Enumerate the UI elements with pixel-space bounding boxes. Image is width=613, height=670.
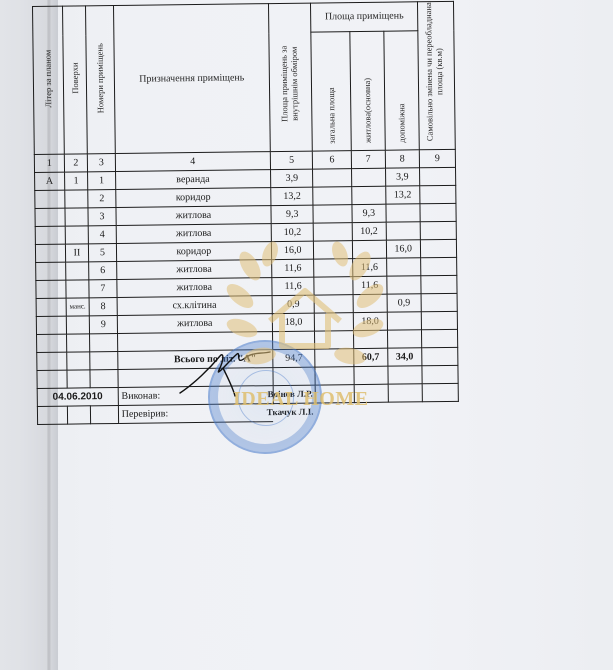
- cell-unauthorized: [420, 221, 456, 239]
- blank-cell: [315, 367, 353, 385]
- cell-unauthorized: [421, 293, 457, 311]
- column-number: 4: [115, 152, 270, 172]
- header-total-area-text: загальна площа: [327, 87, 336, 143]
- column-number: 9: [419, 149, 455, 167]
- cell-purpose: веранда: [115, 170, 270, 190]
- cell-room: 7: [89, 279, 117, 297]
- cell-floor: [65, 262, 89, 280]
- cell-purpose: сх.клітина: [117, 296, 272, 316]
- cell-purpose: житлова: [116, 206, 271, 226]
- cell-total: [313, 187, 351, 205]
- cell-area-internal: 11,6: [272, 277, 315, 296]
- cell-liter: [35, 226, 65, 244]
- header-unauthorized-text: Самовільно змінена чи переобладнана площ…: [423, 2, 449, 142]
- cell-unauthorized: [420, 203, 456, 221]
- cell-area-internal: 16,0: [271, 241, 314, 260]
- blank-cell: [388, 402, 422, 420]
- blank-cell: [316, 403, 354, 421]
- header-auxiliary-area: допоміжна: [384, 31, 419, 150]
- cell-area-internal: 3,9: [270, 169, 313, 188]
- cell-liter: [35, 190, 65, 208]
- blank-cell: [354, 366, 388, 384]
- cell-auxiliary: 3,9: [385, 168, 419, 186]
- cell-unauthorized: [421, 275, 457, 293]
- cell-room: 3: [88, 207, 116, 225]
- cell-area-internal: 18,0: [272, 313, 315, 332]
- cell-total: [315, 313, 353, 331]
- cell-room: 6: [89, 261, 117, 279]
- cell-unauthorized: [420, 239, 456, 257]
- header-room-number-text: Номери приміщень: [96, 43, 105, 113]
- cell-floor: [65, 190, 89, 208]
- cell-living: 18,0: [353, 312, 387, 330]
- blank-cell: [388, 366, 422, 384]
- cell-room: 5: [89, 243, 117, 261]
- header-purpose: Призначення приміщень: [113, 4, 270, 154]
- cell-auxiliary: [387, 276, 421, 294]
- column-number: 3: [87, 153, 115, 171]
- cell-living: 9,3: [352, 204, 386, 222]
- column-number: 8: [385, 150, 419, 168]
- blank-cell: [37, 352, 67, 370]
- cell-total: [313, 205, 351, 223]
- blank-cell: [90, 369, 118, 387]
- blank-cell: [66, 334, 90, 352]
- header-floor-text: Поверхи: [70, 63, 79, 94]
- cell-liter: [36, 280, 66, 298]
- column-number: 5: [270, 151, 313, 170]
- cell-living: [351, 186, 385, 204]
- blank-cell: [421, 329, 457, 347]
- cell-floor: II: [65, 244, 89, 262]
- header-total-area: загальна площа: [311, 32, 351, 151]
- cell-room: 2: [88, 189, 116, 207]
- blank-cell: [422, 347, 458, 365]
- room-rows: A11веранда3,93,92коридор13,213,23житлова…: [35, 167, 458, 334]
- cell-room: 1: [88, 171, 116, 189]
- cell-purpose: житлова: [117, 314, 272, 334]
- cell-living: 10,2: [352, 222, 386, 240]
- cell-liter: [36, 298, 66, 316]
- header-area-internal-text: Площа приміщень за внутрішнім обміром: [278, 24, 303, 144]
- cell-floor: [66, 316, 90, 334]
- blank-cell: [91, 405, 119, 423]
- cell-auxiliary: 16,0: [386, 240, 420, 258]
- header-liter-text: Літер за планом: [44, 50, 53, 108]
- cell-liter: [35, 244, 65, 262]
- column-number: 6: [313, 151, 351, 169]
- cell-living: 11,6: [352, 258, 386, 276]
- cell-total: [314, 277, 352, 295]
- blank-cell: [67, 370, 91, 388]
- cell-room: 8: [89, 297, 117, 315]
- header-floor: Поверхи: [62, 6, 87, 154]
- cell-room: 9: [89, 315, 117, 333]
- column-number: 7: [351, 150, 385, 168]
- total-living: 60,7: [353, 348, 387, 366]
- blank-cell: [354, 402, 388, 420]
- cell-total: [314, 223, 352, 241]
- blank-cell: [388, 384, 422, 402]
- cell-total: [314, 241, 352, 259]
- cell-purpose: житлова: [116, 260, 271, 280]
- blank-cell: [422, 401, 458, 419]
- cell-liter: A: [35, 172, 65, 190]
- cell-floor: [65, 226, 89, 244]
- blank-cell: [422, 365, 458, 383]
- header-living-area: житлова(основна): [350, 31, 385, 150]
- blank-cell: [90, 333, 118, 351]
- blank-cell: [315, 349, 353, 367]
- blank-cell: [90, 351, 118, 369]
- cell-room: 4: [88, 225, 116, 243]
- blank-cell: [387, 330, 421, 348]
- cell-living: 11,6: [353, 276, 387, 294]
- blank-cell: [422, 383, 458, 401]
- cell-liter: [36, 316, 66, 334]
- cell-living: [352, 240, 386, 258]
- cell-floor: [66, 280, 90, 298]
- cell-area-internal: 11,6: [272, 259, 315, 278]
- column-number: 1: [34, 154, 64, 172]
- cell-area-internal: 10,2: [271, 223, 314, 242]
- cell-total: [313, 169, 351, 187]
- blank-cell: [37, 334, 67, 352]
- cell-purpose: коридор: [116, 242, 271, 262]
- cell-area-internal: 13,2: [271, 187, 314, 206]
- header-area-internal: Площа приміщень за внутрішнім обміром: [268, 3, 312, 152]
- cell-floor: [65, 208, 89, 226]
- cell-unauthorized: [419, 167, 455, 185]
- cell-living: [351, 168, 385, 186]
- cell-floor: 1: [64, 172, 88, 190]
- header-liter: Літер за планом: [33, 6, 65, 154]
- cell-purpose: коридор: [115, 188, 270, 208]
- header-living-area-text: житлова(основна): [363, 78, 372, 143]
- performed-label-text: Виконав:: [121, 390, 160, 401]
- cell-auxiliary: [386, 258, 420, 276]
- header-unauthorized: Самовільно змінена чи переобладнана площ…: [417, 1, 455, 149]
- cell-floor: манс.: [66, 298, 90, 316]
- cell-unauthorized: [421, 311, 457, 329]
- cell-auxiliary: [386, 204, 420, 222]
- checked-label-text: Перевірив:: [122, 408, 169, 420]
- cell-auxiliary: [387, 312, 421, 330]
- blank-cell: [353, 330, 387, 348]
- blank-cell: [354, 384, 388, 402]
- cell-total: [314, 259, 352, 277]
- blank-cell: [66, 352, 90, 370]
- cell-liter: [35, 208, 65, 226]
- blank-cell: [37, 406, 67, 424]
- cell-purpose: житлова: [117, 278, 272, 298]
- cell-living: [353, 294, 387, 312]
- column-number: 2: [64, 154, 88, 172]
- cell-liter: [36, 262, 66, 280]
- blank-cell: [315, 331, 353, 349]
- total-auxiliary: 34,0: [387, 348, 421, 366]
- cell-unauthorized: [420, 185, 456, 203]
- header-auxiliary-area-text: допоміжна: [397, 103, 406, 142]
- header-room-number: Номери приміщень: [86, 6, 115, 154]
- blank-cell: [67, 406, 91, 424]
- cell-auxiliary: 0,9: [387, 294, 421, 312]
- cell-auxiliary: [386, 222, 420, 240]
- cell-area-internal: 9,3: [271, 205, 314, 224]
- document-date: 04.06.2010: [37, 387, 118, 406]
- cell-auxiliary: 13,2: [385, 186, 419, 204]
- cell-area-internal: 0,9: [272, 295, 315, 314]
- blank-cell: [37, 370, 67, 388]
- cell-purpose: житлова: [116, 224, 271, 244]
- cell-unauthorized: [420, 257, 456, 275]
- cell-total: [315, 295, 353, 313]
- header-area-group: Площа приміщень: [311, 2, 418, 33]
- signature-icon: [175, 348, 285, 398]
